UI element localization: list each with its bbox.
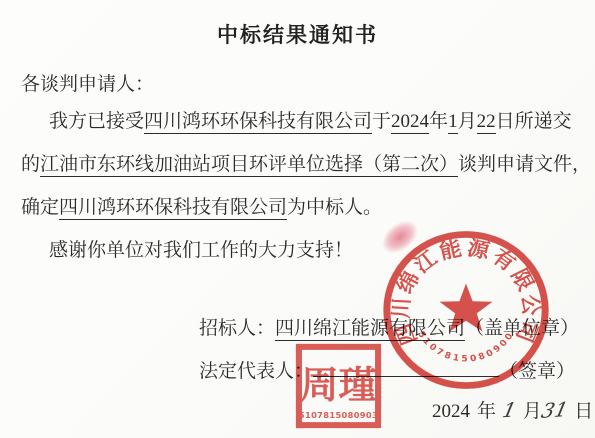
company-round-seal: 四川绵江能源有限公司 5107815080900 bbox=[379, 227, 553, 393]
date-year-unit: 年 bbox=[477, 401, 496, 422]
body-line-3: 确定四川鸿环环保科技有限公司为中标人。 bbox=[21, 186, 587, 229]
body-text-segment: 的 bbox=[21, 154, 40, 175]
submission-year: 2024 bbox=[391, 111, 429, 134]
submission-day: 22 bbox=[477, 111, 496, 134]
project-name: 江油市东环线加油站项目环评单位选择（第二次） bbox=[40, 154, 458, 177]
handwritten-month: 1 bbox=[500, 398, 518, 423]
winning-company-name: 四川鸿环环保科技有限公司 bbox=[59, 197, 287, 220]
legal-rep-square-seal: 周 瑾 5107815080903 bbox=[295, 343, 382, 429]
body-text-segment: 月 bbox=[458, 111, 477, 132]
body-line-1: 我方已接受四川鸿环环保科技有限公司于2024年1月22日所递交 bbox=[21, 100, 587, 143]
salutation: 各谈判申请人： bbox=[21, 69, 154, 96]
body-text-segment: 日所递交 bbox=[496, 111, 572, 132]
body-text-segment: 谈判申请文件， bbox=[458, 154, 591, 175]
seal-star-icon bbox=[440, 283, 493, 331]
body-text-segment: 确定 bbox=[21, 197, 59, 218]
bidder-label: 招标人： bbox=[199, 318, 275, 339]
body-text-segment: 为中标人。 bbox=[287, 197, 382, 218]
square-seal-number: 5107815080903 bbox=[299, 410, 378, 420]
square-seal-name-char1: 周 bbox=[300, 365, 338, 407]
submission-month: 1 bbox=[448, 111, 458, 134]
handwritten-day: 31 bbox=[539, 397, 570, 423]
winning-company-name: 四川鸿环环保科技有限公司 bbox=[144, 111, 372, 134]
date-day-unit: 日 bbox=[574, 401, 593, 422]
square-seal-name-char2: 瑾 bbox=[339, 365, 377, 407]
body-text-segment: 年 bbox=[429, 111, 448, 132]
body-line-2: 的江油市东环线加油站项目环评单位选择（第二次）谈判申请文件， bbox=[21, 143, 587, 186]
body-text-segment: 于 bbox=[372, 111, 391, 132]
date-year: 2024 bbox=[432, 401, 470, 422]
date-line: 2024年1月31日 bbox=[432, 396, 593, 423]
seal-number-text: 5107815080900 bbox=[415, 330, 517, 365]
scanned-document-page: 中标结果通知书 各谈判申请人： 我方已接受四川鸿环环保科技有限公司于2024年1… bbox=[0, 0, 595, 438]
document-title: 中标结果通知书 bbox=[0, 19, 595, 49]
svg-text:5107815080900: 5107815080900 bbox=[415, 330, 517, 365]
body-text-segment: 我方已接受 bbox=[49, 111, 144, 132]
